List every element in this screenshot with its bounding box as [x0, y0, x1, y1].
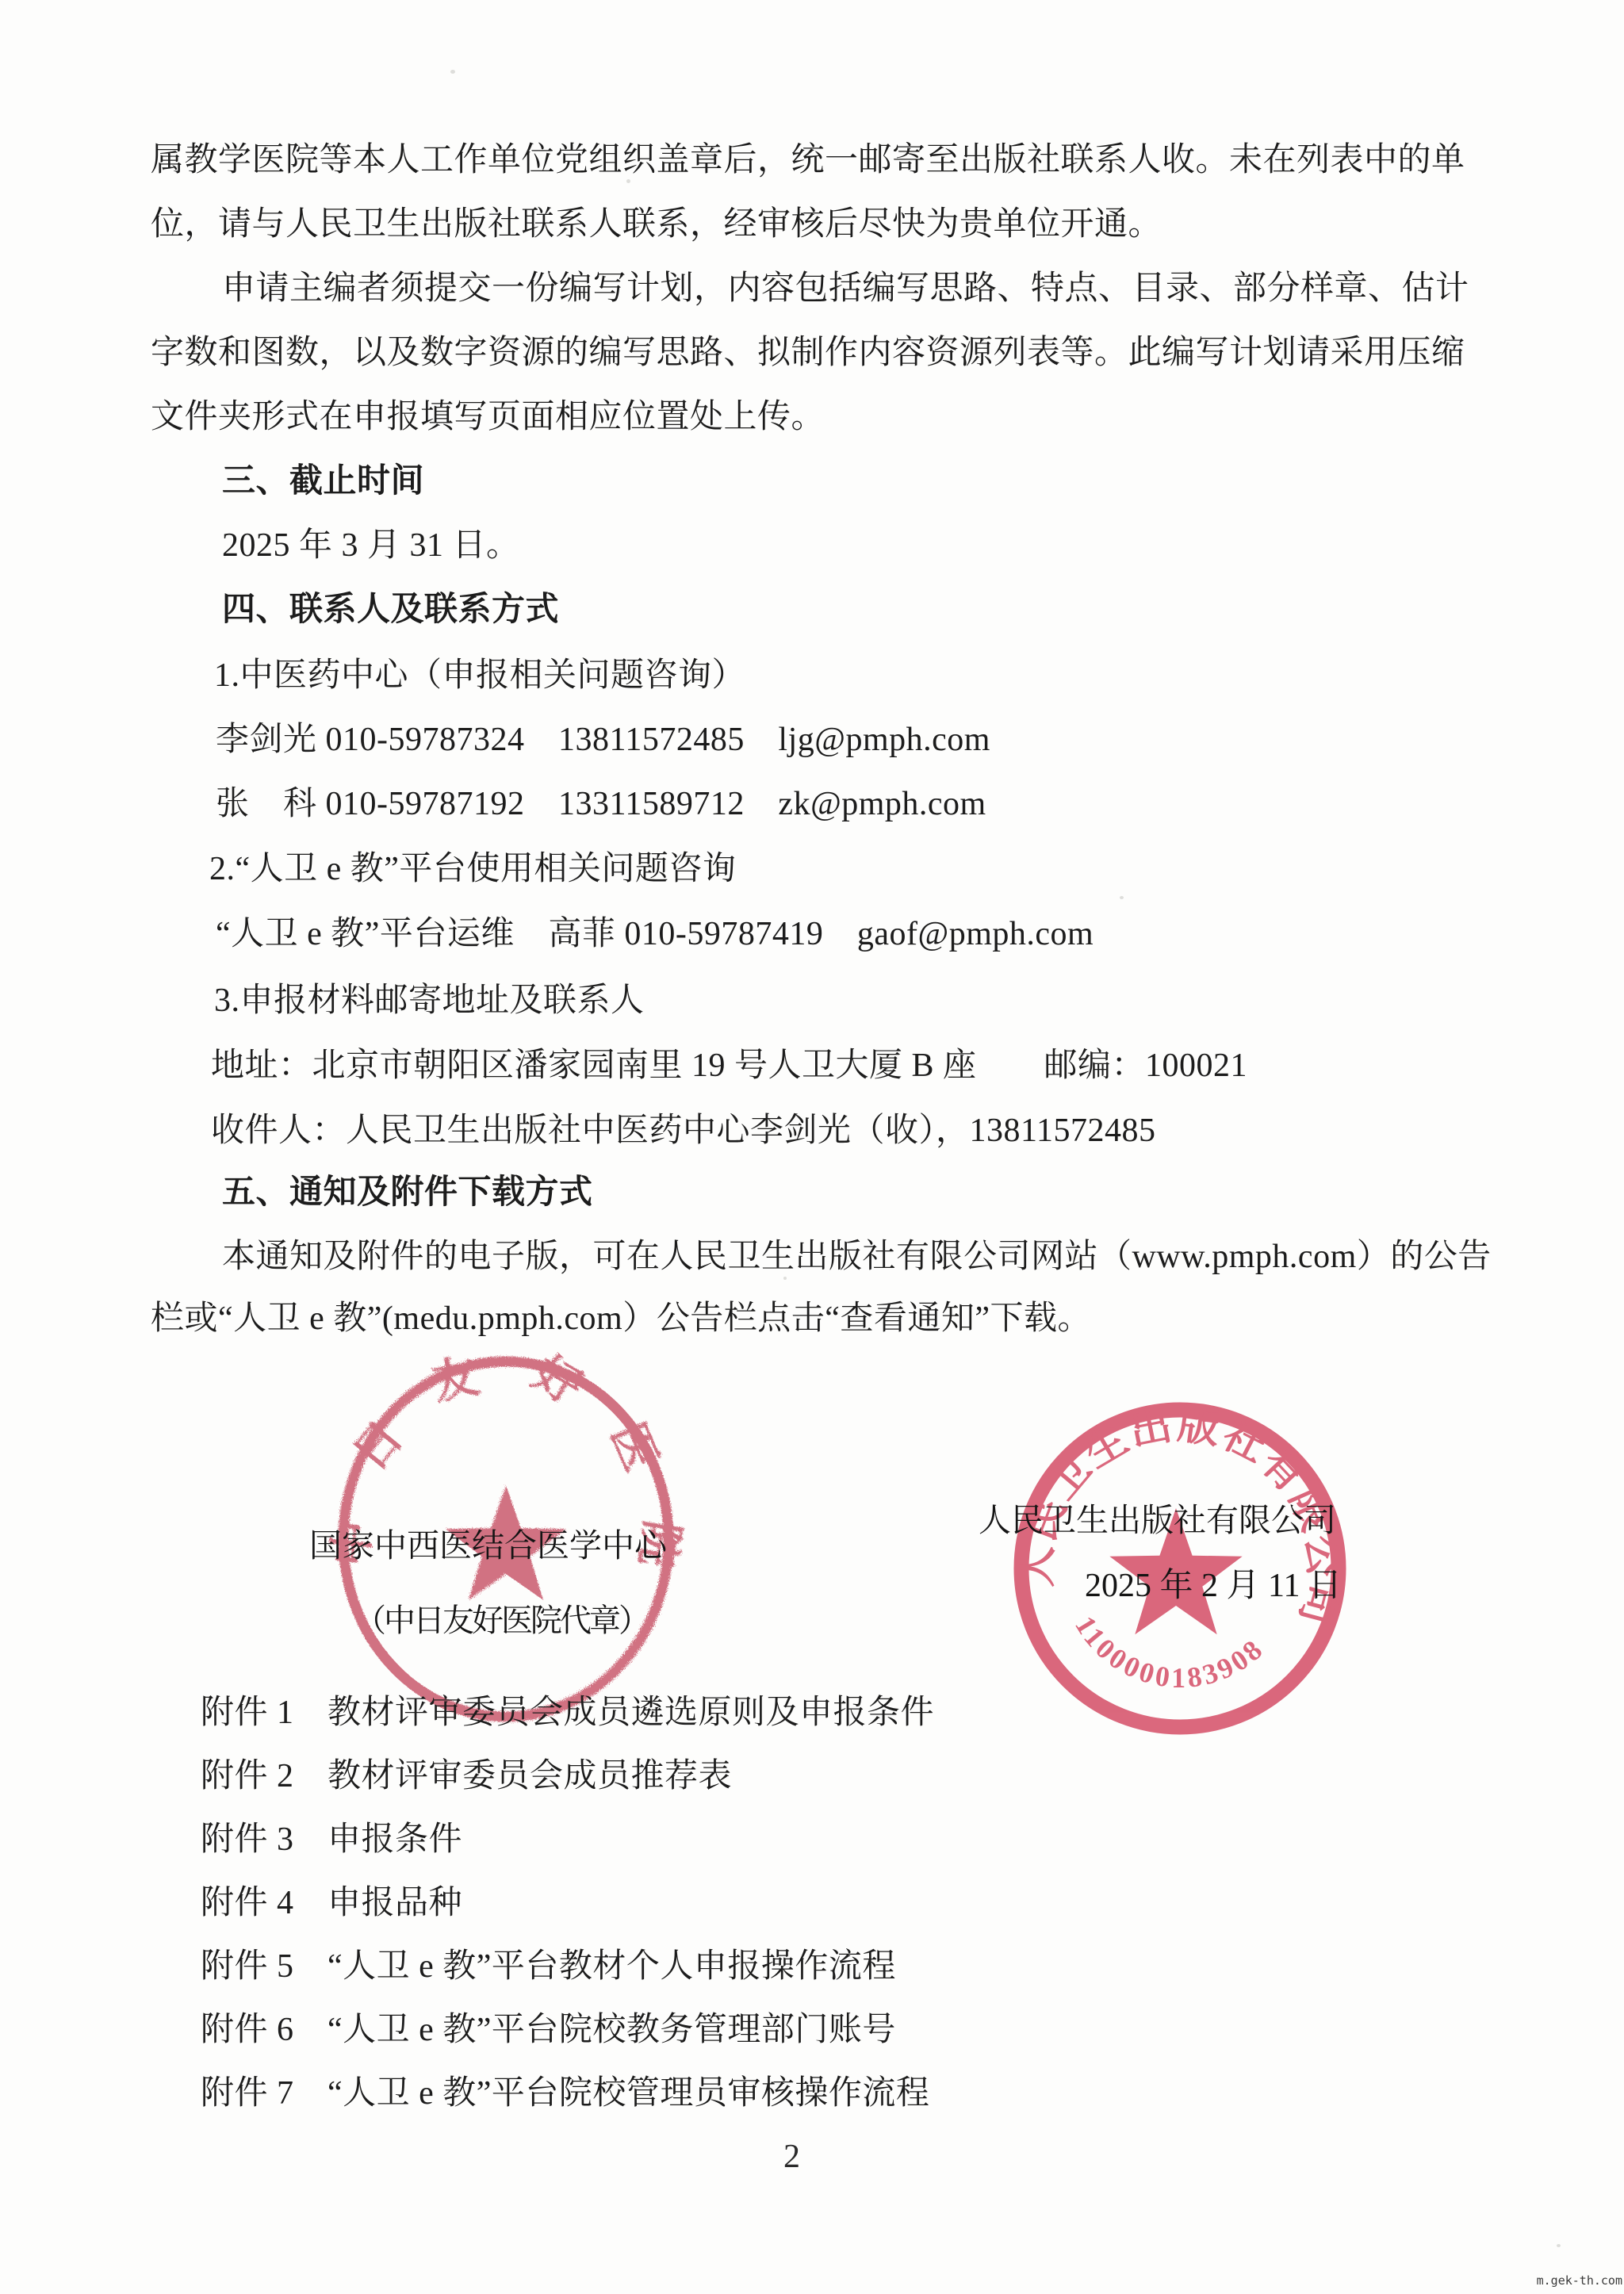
body-line: 本通知及附件的电子版，可在人民卫生出版社有限公司网站（www.pmph.com）…: [222, 1236, 1492, 1277]
section-heading-deadline: 三、截止时间: [222, 461, 424, 502]
contact-line: 李剑光 010-59787324 13811572485 ljg@pmph.co…: [216, 719, 990, 760]
section-heading-download: 五、通知及附件下载方式: [222, 1172, 593, 1213]
svg-text:1100000183908: 1100000183908: [1062, 1607, 1274, 1707]
body-line: 文件夹形式在申报填写页面相应位置处上传。: [151, 396, 825, 438]
attachment-item: 附件 4 申报品种: [201, 1882, 462, 1924]
body-line: 属教学医院等本人工作单位党组织盖章后，统一邮寄至出版社联系人收。未在列表中的单: [151, 140, 1465, 181]
svg-text:中日友好医院: 中日友好医院: [325, 1341, 688, 1616]
recipient-line: 收件人：人民卫生出版社中医药中心李剑光（收），13811572485: [211, 1110, 1155, 1151]
body-line: 申请主编者须提交一份编写计划，内容包括编写思路、特点、目录、部分样章、估计: [222, 268, 1469, 309]
contact-line: “人卫 e 教”平台运维 高菲 010-59787419 gaof@pmph.c…: [216, 913, 1094, 955]
left-signer-note: （中日友好医院代章）: [354, 1595, 648, 1641]
mailing-address-line: 地址：北京市朝阳区潘家园南里 19 号人卫大厦 B 座 邮编：100021: [211, 1045, 1247, 1086]
left-signer-name: 国家中西医结合医学中心: [309, 1519, 667, 1566]
section-heading-contacts: 四、联系人及联系方式: [222, 589, 559, 630]
contact-group-title: 2.“人卫 e 教”平台使用相关问题咨询: [209, 848, 736, 890]
left-stamp-ring-text: 中日友好医院: [325, 1341, 688, 1616]
contact-line: 张 科 010-59787192 13311589712 zk@pmph.com: [216, 783, 986, 825]
right-stamp-serial-number: 1100000183908: [1062, 1607, 1274, 1707]
signature-date: 2025 年 2 月 11 日: [1085, 1559, 1342, 1607]
scan-speck: [450, 70, 455, 74]
scan-speck: [1557, 2244, 1561, 2247]
attachment-item: 附件 3 申报条件: [201, 1819, 462, 1860]
scanned-notice-page: 属教学医院等本人工作单位党组织盖章后，统一邮寄至出版社联系人收。未在列表中的单 …: [0, 0, 1624, 2294]
scan-speck: [1120, 896, 1124, 899]
contact-group-title: 3.申报材料邮寄地址及联系人: [214, 980, 645, 1021]
watermark: m.gek-th.com: [1537, 2273, 1622, 2288]
body-line: 栏或“人卫 e 教”(medu.pmph.com）公告栏点击“查看通知”下载。: [151, 1298, 1091, 1339]
attachment-item: 附件 2 教材评审委员会成员推荐表: [201, 1756, 732, 1797]
attachment-item: 附件 5 “人卫 e 教”平台教材个人申报操作流程: [201, 1946, 896, 1987]
right-signer-name: 人民卫生出版社有限公司: [979, 1494, 1336, 1541]
deadline-date: 2025 年 3 月 31 日。: [222, 525, 520, 566]
attachment-item: 附件 6 “人卫 e 教”平台院校教务管理部门账号: [201, 2009, 896, 2051]
body-line: 字数和图数，以及数字资源的编写思路、拟制作内容资源列表等。此编写计划请采用压缩: [151, 332, 1465, 373]
attachment-item: 附件 7 “人卫 e 教”平台院校管理员审核操作流程: [201, 2073, 929, 2114]
contact-group-title: 1.中医药中心（申报相关问题咨询）: [214, 655, 745, 696]
body-line: 位，请与人民卫生出版社联系人联系，经审核后尽快为贵单位开通。: [151, 204, 1162, 245]
attachment-item: 附件 1 教材评审委员会成员遴选原则及申报条件: [201, 1692, 934, 1733]
page-number: 2: [783, 2138, 800, 2176]
